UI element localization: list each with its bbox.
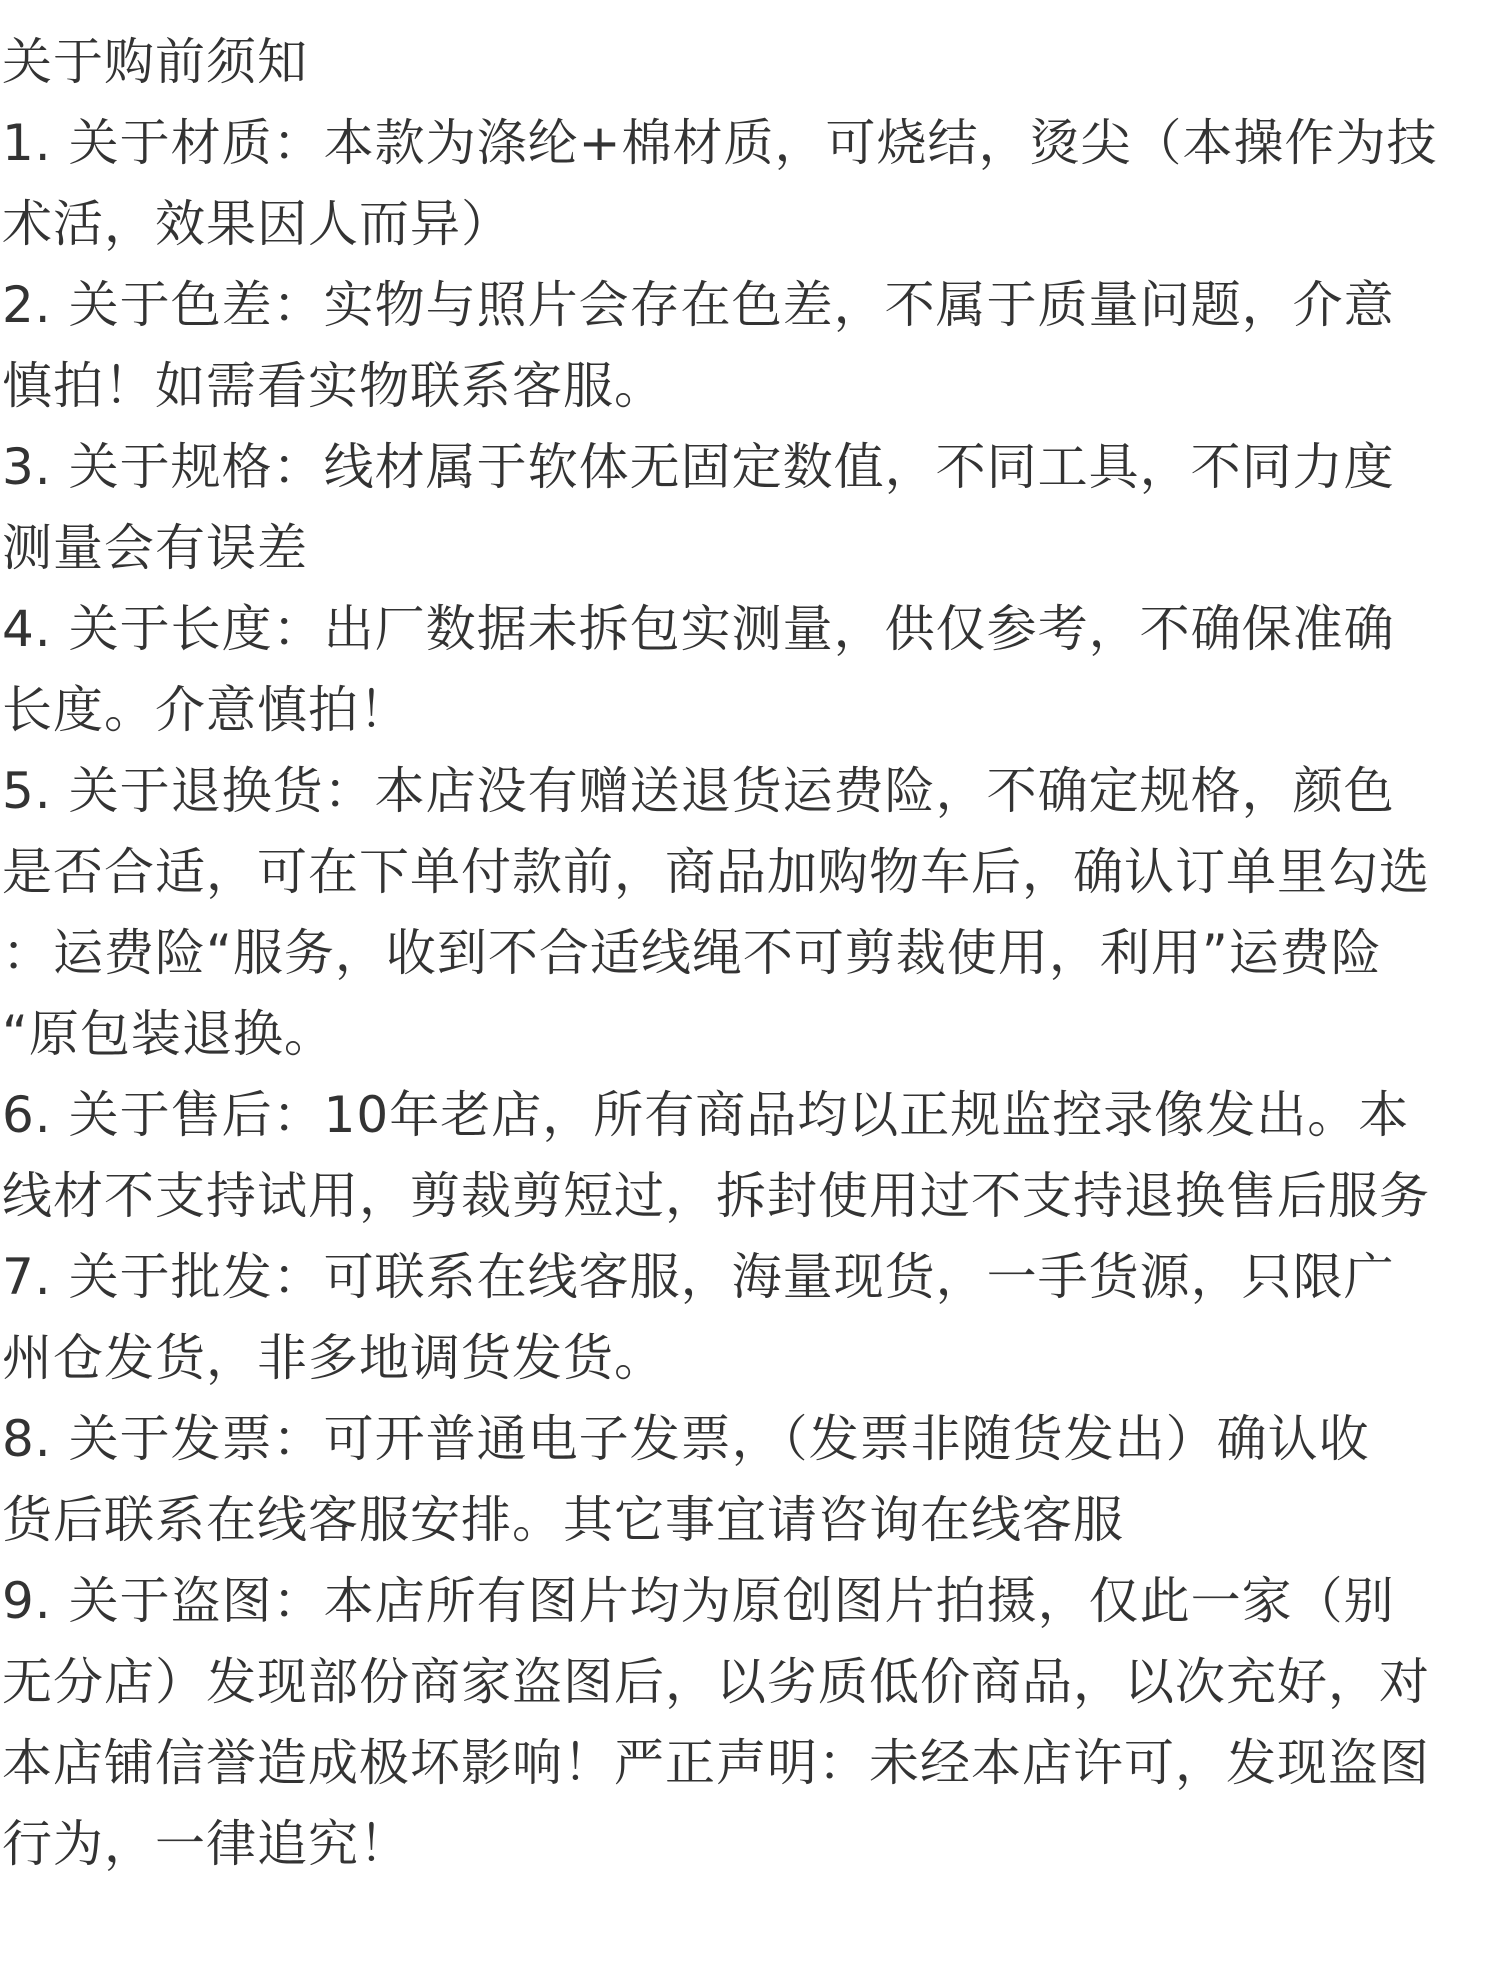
notice-line: 7. 关于批发：可联系在线客服，海量现货，一手货源，只限广 [0, 1237, 1500, 1318]
notice-line: 货后联系在线客服安排。其它事宜请咨询在线客服 [0, 1480, 1500, 1561]
notice-line: 是否合适，可在下单付款前，商品加购物车后，确认订单里勾选 [0, 832, 1500, 913]
notice-line: “原包装退换。 [0, 994, 1500, 1075]
notice-item-material: 1. 关于材质：本款为涤纶+棉材质，可烧结，烫尖（本操作为技 术活，效果因人而异… [0, 103, 1500, 265]
notice-line: 8. 关于发票：可开普通电子发票，（发票非随货发出）确认收 [0, 1399, 1500, 1480]
notice-line: 5. 关于退换货：本店没有赠送退货运费险，不确定规格，颜色 [0, 751, 1500, 832]
notice-line: 本店铺信誉造成极坏影响！严正声明：未经本店许可，发现盗图 [0, 1723, 1500, 1804]
notice-item-image-theft: 9. 关于盗图：本店所有图片均为原创图片拍摄，仅此一家（别 无分店）发现部份商家… [0, 1561, 1500, 1885]
notice-item-invoice: 8. 关于发票：可开普通电子发票，（发票非随货发出）确认收 货后联系在线客服安排… [0, 1399, 1500, 1561]
notice-line: 无分店）发现部份商家盗图后，以劣质低价商品，以次充好，对 [0, 1642, 1500, 1723]
notice-line: 9. 关于盗图：本店所有图片均为原创图片拍摄，仅此一家（别 [0, 1561, 1500, 1642]
notice-item-specifications: 3. 关于规格：线材属于软体无固定数值，不同工具，不同力度 测量会有误差 [0, 427, 1500, 589]
notice-line: 3. 关于规格：线材属于软体无固定数值，不同工具，不同力度 [0, 427, 1500, 508]
notice-line: 行为，一律追究！ [0, 1804, 1500, 1885]
notice-line: 4. 关于长度：出厂数据未拆包实测量，供仅参考，不确保准确 [0, 589, 1500, 670]
notice-line: ：运费险“服务，收到不合适线绳不可剪裁使用，利用”运费险 [0, 913, 1500, 994]
notice-line: 长度。介意慎拍！ [0, 670, 1500, 751]
notice-line: 术活，效果因人而异） [0, 184, 1500, 265]
notice-line: 线材不支持试用，剪裁剪短过，拆封使用过不支持退换售后服务 [0, 1156, 1500, 1237]
notice-item-length: 4. 关于长度：出厂数据未拆包实测量，供仅参考，不确保准确 长度。介意慎拍！ [0, 589, 1500, 751]
notice-line: 2. 关于色差：实物与照片会存在色差，不属于质量问题，介意 [0, 265, 1500, 346]
notice-line: 慎拍！如需看实物联系客服。 [0, 346, 1500, 427]
notice-line: 6. 关于售后：10年老店，所有商品均以正规监控录像发出。本 [0, 1075, 1500, 1156]
document-title: 关于购前须知 [0, 22, 1500, 103]
purchase-notice-document: 关于购前须知 1. 关于材质：本款为涤纶+棉材质，可烧结，烫尖（本操作为技 术活… [0, 22, 1500, 1885]
notice-item-wholesale: 7. 关于批发：可联系在线客服，海量现货，一手货源，只限广 州仓发货，非多地调货… [0, 1237, 1500, 1399]
notice-line: 测量会有误差 [0, 508, 1500, 589]
notice-line: 1. 关于材质：本款为涤纶+棉材质，可烧结，烫尖（本操作为技 [0, 103, 1500, 184]
notice-line: 州仓发货，非多地调货发货。 [0, 1318, 1500, 1399]
notice-item-color-difference: 2. 关于色差：实物与照片会存在色差，不属于质量问题，介意 慎拍！如需看实物联系… [0, 265, 1500, 427]
notice-item-after-sales: 6. 关于售后：10年老店，所有商品均以正规监控录像发出。本 线材不支持试用，剪… [0, 1075, 1500, 1237]
notice-item-returns: 5. 关于退换货：本店没有赠送退货运费险，不确定规格，颜色 是否合适，可在下单付… [0, 751, 1500, 1075]
